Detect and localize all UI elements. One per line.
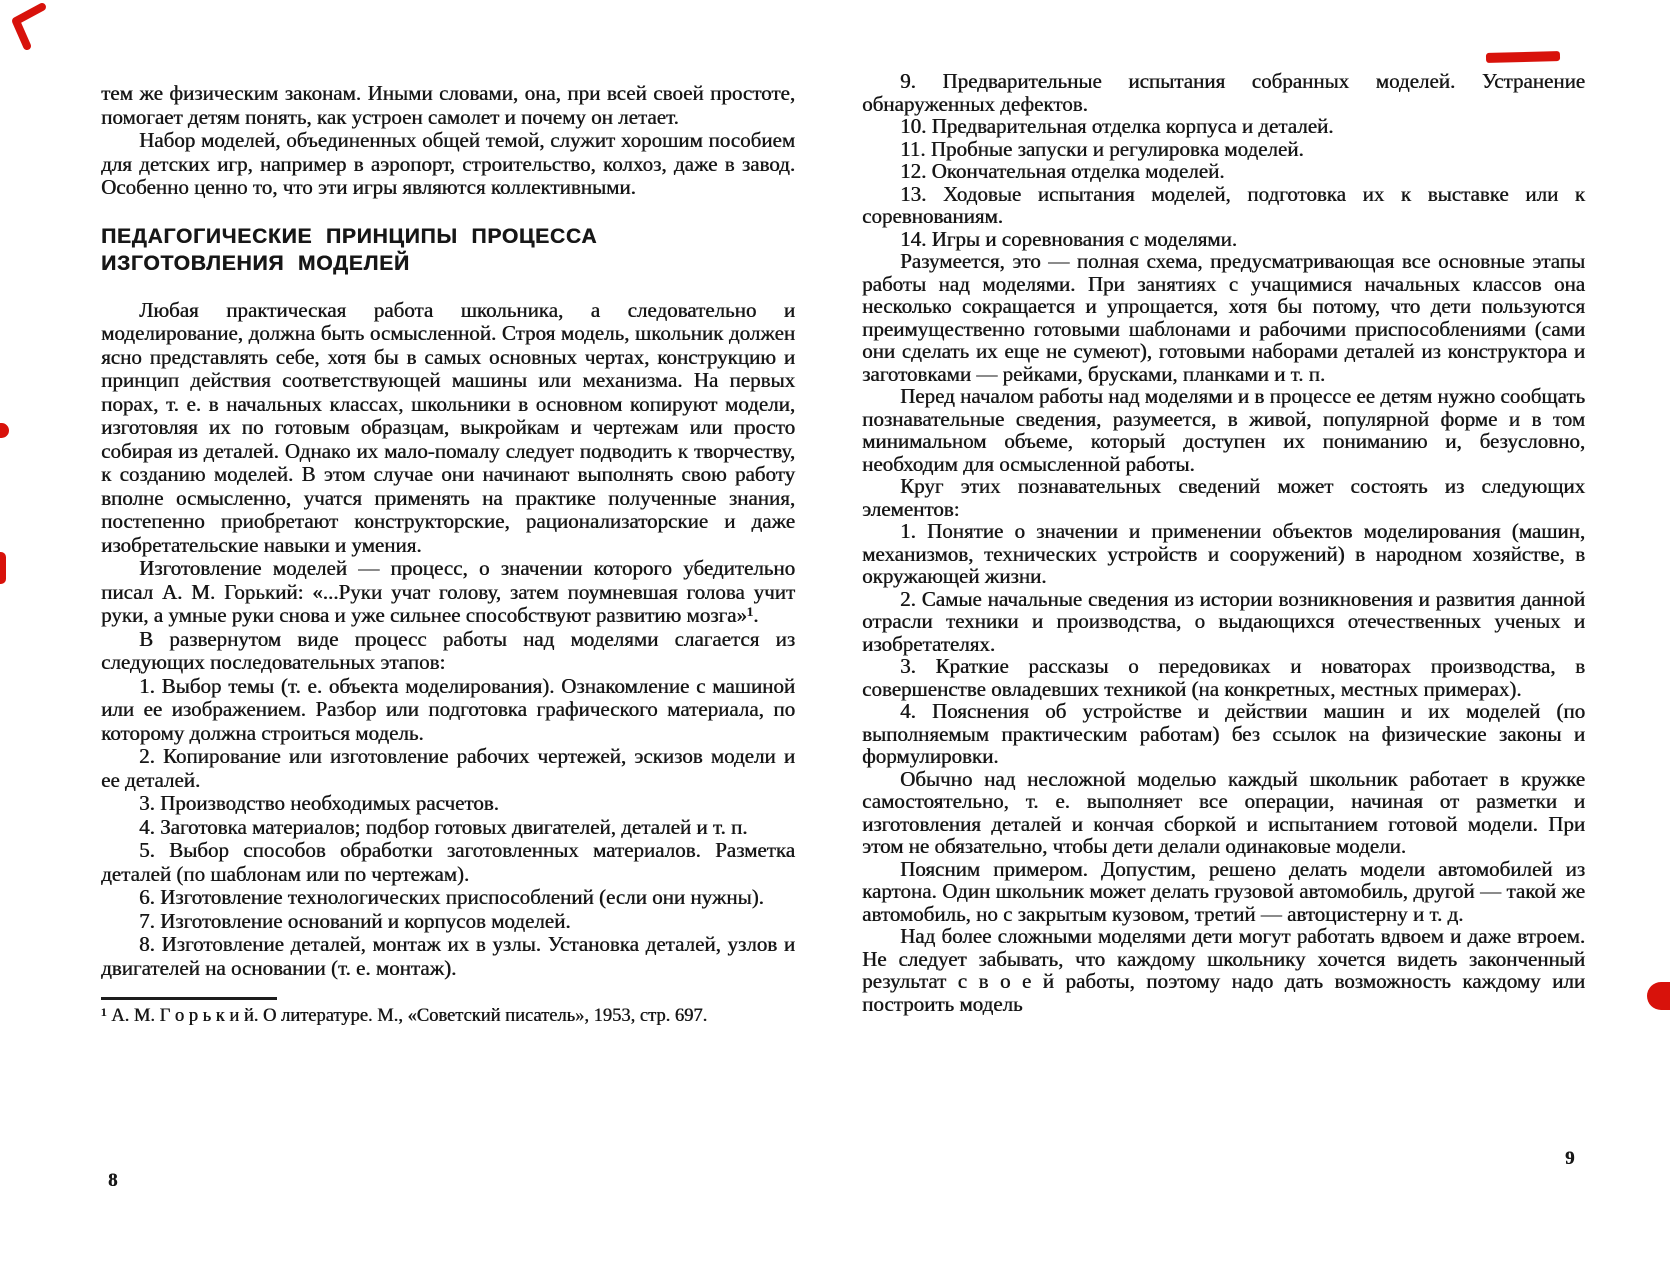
step-item: 3. Производство необходимых расчетов. <box>101 792 795 816</box>
step-item: 4. Заготовка материалов; подбор готовых … <box>101 816 795 840</box>
paragraph: Изготовление моделей — процесс, о значен… <box>101 557 795 628</box>
page-right: 9. Предварительные испытания собранных м… <box>862 70 1585 1015</box>
page-left: тем же физическим законам. Иными словами… <box>101 82 795 1027</box>
paragraph: Круг этих познавательных сведений может … <box>862 475 1585 520</box>
paragraph: Набор моделей, объединенных общей темой,… <box>101 129 795 200</box>
section-heading: ПЕДАГОГИЧЕСКИЕ ПРИНЦИПЫ ПРОЦЕССА ИЗГОТОВ… <box>101 223 795 278</box>
step-item: 8. Изготовление деталей, монтаж их в узл… <box>101 933 795 980</box>
paragraph: Любая практическая работа школьника, а с… <box>101 299 795 558</box>
book-scan-page: { "colors": { "background": "#ffffff", "… <box>0 0 1670 1272</box>
list-item: 2. Самые начальные сведения из истории в… <box>862 588 1585 656</box>
step-item: 11. Пробные запуски и регулировка моделе… <box>862 138 1585 161</box>
red-scan-mark-top-right-dash-icon <box>1486 51 1560 63</box>
red-scan-mark-left-edge-dot-icon <box>0 423 9 438</box>
heading-line-1: ПЕДАГОГИЧЕСКИЕ ПРИНЦИПЫ ПРОЦЕССА <box>101 225 597 248</box>
paragraph: Поясним примером. Допустим, решено делат… <box>862 858 1585 926</box>
step-item: 2. Копирование или изготовление рабочих … <box>101 745 795 792</box>
step-item: 10. Предварительная отделка корпуса и де… <box>862 115 1585 138</box>
paragraph: Над более сложными моделями дети могут р… <box>862 925 1585 1015</box>
step-item: 9. Предварительные испытания собранных м… <box>862 70 1585 115</box>
paragraph: Обычно над несложной моделью каждый школ… <box>862 768 1585 858</box>
red-scan-mark-top-left-tick-icon <box>4 0 54 52</box>
step-item: 14. Игры и соревнования с моделями. <box>862 228 1585 251</box>
heading-line-2: ИЗГОТОВЛЕНИЯ МОДЕЛЕЙ <box>101 252 410 275</box>
page-number-left: 8 <box>108 1170 118 1192</box>
step-item: 7. Изготовление оснований и корпусов мод… <box>101 910 795 934</box>
paragraph: Перед началом работы над моделями и в пр… <box>862 385 1585 475</box>
red-scan-mark-left-edge-dash-icon <box>0 552 6 584</box>
paragraph: В развернутом виде процесс работы над мо… <box>101 628 795 675</box>
step-item: 6. Изготовление технологических приспосо… <box>101 886 795 910</box>
step-item: 13. Ходовые испытания моделей, подготовк… <box>862 183 1585 228</box>
paragraph: Разумеется, это — полная схема, предусма… <box>862 250 1585 385</box>
red-scan-mark-right-edge-blob-icon <box>1647 982 1670 1010</box>
paragraph: тем же физическим законам. Иными словами… <box>101 82 795 129</box>
step-item: 5. Выбор способов обработки заготовленны… <box>101 839 795 886</box>
list-item: 4. Пояснения об устройстве и действии ма… <box>862 700 1585 768</box>
list-item: 1. Понятие о значении и применении объек… <box>862 520 1585 588</box>
list-item: 3. Краткие рассказы о передовиках и нова… <box>862 655 1585 700</box>
step-item: 1. Выбор темы (т. е. объекта моделирован… <box>101 675 795 746</box>
page-number-right: 9 <box>1565 1148 1575 1170</box>
footnote-rule <box>101 997 277 1000</box>
step-item: 12. Окончательная отделка моделей. <box>862 160 1585 183</box>
footnote: ¹ А. М. Г о р ь к и й. О литературе. М.,… <box>101 1005 795 1027</box>
